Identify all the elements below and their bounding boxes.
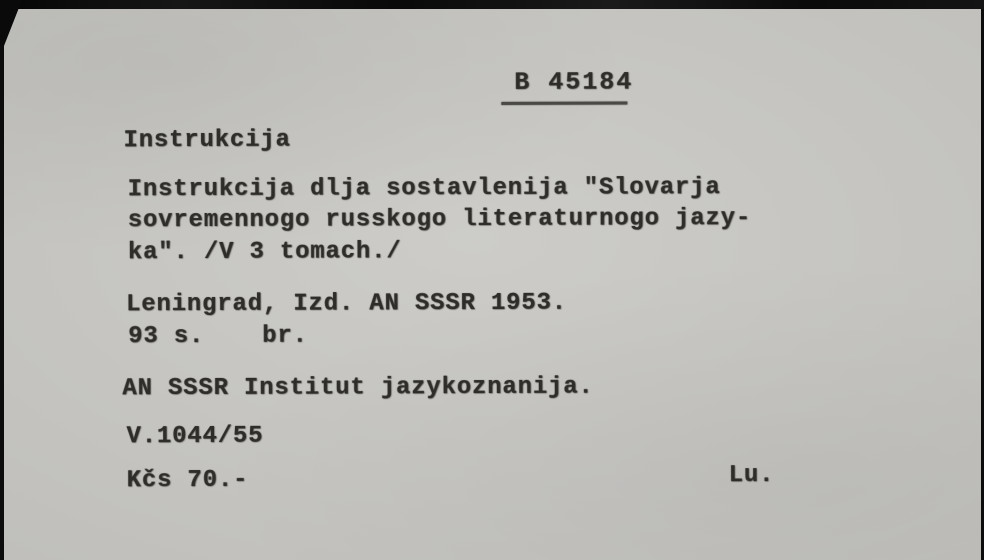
- price-line: Kčs 70.-: [127, 467, 249, 494]
- imprint-line: Leningrad, Izd. AN SSSR 1953.: [126, 290, 567, 319]
- accession-number: V.1044/55: [126, 423, 263, 450]
- title-line-2: sovremennogo russkogo literaturnogo jazy…: [128, 205, 751, 234]
- collation-line: 93 s. br.: [128, 323, 308, 351]
- scanned-catalog-card: B 45184 Instrukcija Instrukcija dlja sos…: [0, 0, 984, 560]
- heading-entry: Instrukcija: [123, 127, 290, 155]
- call-number-underline: [501, 102, 627, 105]
- collation-pages: 93 s.: [128, 323, 204, 350]
- call-number: B 45184: [514, 68, 633, 97]
- card-content: B 45184 Instrukcija Instrukcija dlja sos…: [3, 6, 982, 560]
- corporate-author-line: AN SSSR Institut jazykoznanija.: [122, 374, 593, 403]
- cataloger-initials: Lu.: [729, 462, 775, 489]
- binding-note: br.: [262, 323, 308, 350]
- title-line-3: ka". /V 3 tomach./: [128, 238, 402, 266]
- title-line-1: Instrukcija dlja sostavlenija "Slovarja: [128, 174, 721, 203]
- card-paper: B 45184 Instrukcija Instrukcija dlja sos…: [4, 8, 981, 560]
- scan-top-edge: [0, 0, 984, 9]
